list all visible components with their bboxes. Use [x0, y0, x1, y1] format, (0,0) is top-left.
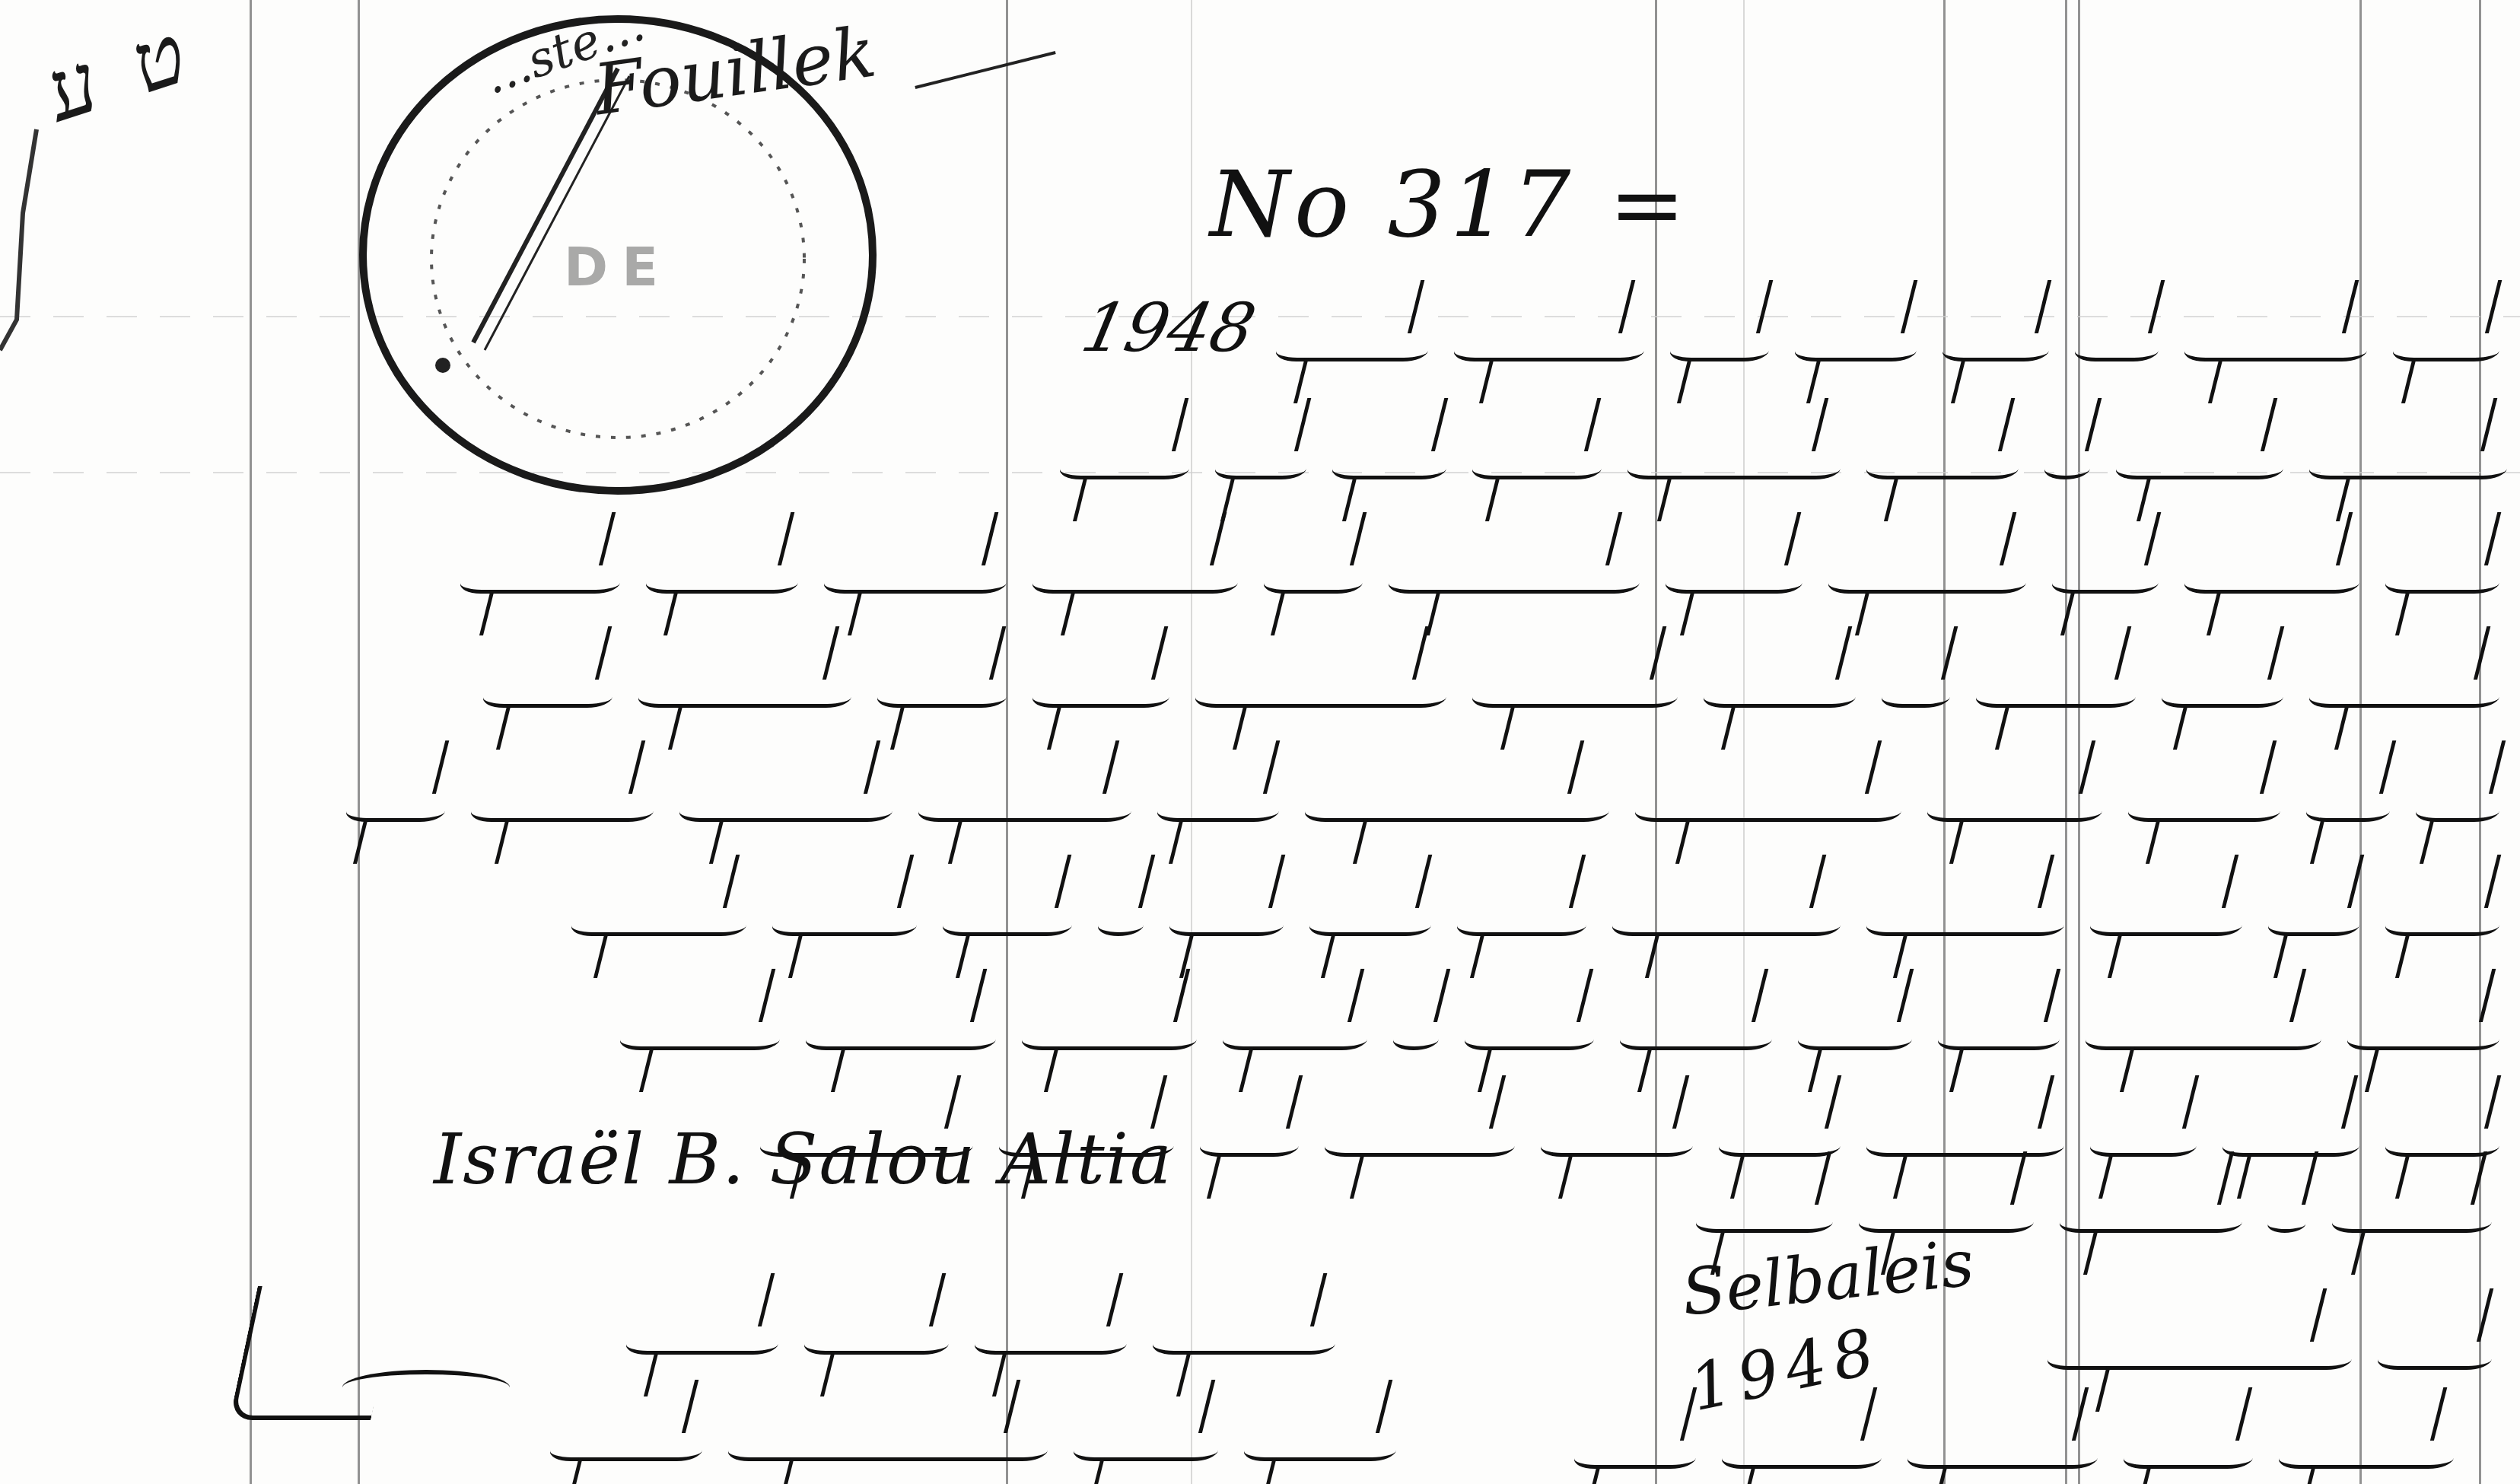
handwritten-word [1274, 310, 1439, 361]
handwritten-word [1262, 543, 1373, 594]
handwritten-word [822, 543, 1017, 594]
handwritten-word [770, 885, 928, 936]
handwritten-word [644, 543, 809, 594]
handwritten-word [2182, 543, 2370, 594]
handwritten-word [2182, 310, 2378, 361]
document-number-suffix: = [1609, 152, 1691, 258]
handwritten-word [1150, 1304, 1346, 1355]
handwritten-word [2413, 771, 2510, 822]
handwritten-word [726, 1410, 1058, 1461]
handwritten-word [1864, 885, 2075, 936]
handwritten-word [2083, 999, 2332, 1050]
handwritten-word [458, 543, 631, 594]
handwritten-word [1905, 1418, 2108, 1469]
handwritten-word [2383, 543, 2510, 594]
handwritten-word [1663, 543, 1813, 594]
handwritten-word [1198, 1106, 1309, 1157]
handwritten-word [1974, 657, 2146, 708]
handwritten-word [1193, 657, 1457, 708]
handwritten-line-1: Solitreo handwritten line 1 (ends with y… [867, 270, 2503, 361]
handwritten-word [1220, 999, 1378, 1050]
handwritten-word [1826, 543, 2037, 594]
latin-signature: Israël B. Salou Altia [434, 1119, 1173, 1200]
handwritten-word [2266, 1182, 2317, 1233]
document-number-value: 317 [1387, 152, 1575, 258]
stamp-center-text: DE [352, 236, 884, 298]
handwritten-word [2114, 428, 2294, 479]
handwritten-word [618, 999, 791, 1050]
handwritten-word [1213, 428, 1317, 479]
handwritten-word [2266, 885, 2370, 936]
handwritten-line-6: Solitreo handwritten line 6 [30, 845, 2503, 936]
handwritten-word [1572, 1418, 1707, 1469]
signature-flourish-icon [342, 1370, 510, 1405]
handwritten-word [875, 657, 1017, 708]
handwritten-line-5: Solitreo handwritten line 5 [68, 731, 2503, 822]
handwritten-word [2045, 1319, 2362, 1370]
handwritten-word [1386, 543, 1650, 594]
document-number-prefix: No [1210, 152, 1354, 258]
handwritten-word [2042, 428, 2101, 479]
handwritten-word [803, 999, 1007, 1050]
handwritten-right-lower-2: Solitreo handwritten line (right, lower … [1484, 1377, 2458, 1469]
handwritten-word [2330, 1182, 2502, 1233]
handwritten-word [1925, 771, 2113, 822]
handwritten-word [1155, 771, 1290, 822]
handwritten-word [1096, 885, 1154, 936]
handwritten-word [1694, 1182, 1844, 1233]
handwritten-word [2345, 999, 2510, 1050]
handwritten-word [1030, 657, 1180, 708]
handwritten-word [940, 885, 1083, 936]
handwritten-word [1307, 885, 1442, 936]
handwritten-year: 1948 [1077, 295, 1262, 361]
handwritten-line-3: Solitreo handwritten line 3 [68, 502, 2503, 594]
handwritten-word [548, 1410, 713, 1461]
handwritten-word [1720, 1418, 1892, 1469]
handwritten-word [2088, 885, 2253, 936]
corner-mark: ט ע [34, 2, 205, 142]
handwritten-word [2307, 428, 2518, 479]
handwritten-word [1322, 1106, 1526, 1157]
handwritten-word [802, 1304, 959, 1355]
handwritten-word [636, 657, 862, 708]
handwritten-word [1303, 771, 1620, 822]
handwritten-word [2057, 1182, 2253, 1233]
handwritten-word [1879, 657, 1961, 708]
handwritten-word [344, 771, 456, 822]
handwritten-signature-line-right: Solitreo handwritten signature line (rig… [1583, 1142, 2496, 1233]
handwritten-word [1857, 1182, 2044, 1233]
handwritten-word [1936, 999, 2070, 1050]
handwritten-word [1071, 1410, 1229, 1461]
handwritten-word [677, 771, 903, 822]
handwritten-line-2: Solitreo handwritten line 2 [799, 388, 2511, 479]
handwritten-word [1330, 428, 1457, 479]
handwritten-word [1618, 999, 1783, 1050]
handwritten-word [2375, 1319, 2502, 1370]
handwritten-word [1242, 1410, 1407, 1461]
handwritten-word [1030, 543, 1249, 594]
handwritten-word [1470, 657, 1688, 708]
scanned-document-page: ט ע ...ste... DE Fouillek No 317 = Solit… [0, 0, 2520, 1484]
handwritten-word [1462, 999, 1605, 1050]
handwritten-word [2159, 657, 2294, 708]
handwritten-word [1940, 310, 2060, 361]
handwritten-word [624, 1304, 789, 1355]
handwritten-line-4: Solitreo handwritten line 4 [23, 616, 2503, 708]
handwritten-word [1701, 657, 1866, 708]
handwritten-word [2277, 1418, 2464, 1469]
handwritten-word [469, 771, 664, 822]
handwritten-word [2391, 310, 2510, 361]
handwritten-left-lower-1: Solitreo handwritten line (left, lower 1… [426, 1263, 1339, 1355]
handwritten-word [1625, 428, 1851, 479]
handwritten-word [569, 885, 757, 936]
handwritten-line-7: Solitreo handwritten line 7 [30, 959, 2503, 1050]
handwritten-word [1793, 310, 1927, 361]
handwritten-word [2121, 1418, 2264, 1469]
torn-edge-mark [0, 122, 46, 365]
handwritten-word [972, 1304, 1137, 1355]
handwritten-word [1864, 428, 2029, 479]
handwritten-word [1470, 428, 1612, 479]
document-number: No 317 = [1210, 152, 1690, 258]
handwritten-word [1020, 999, 1207, 1050]
handwritten-word [2073, 310, 2169, 361]
handwritten-word [2307, 657, 2510, 708]
handwritten-word [1167, 885, 1294, 936]
handwritten-word [2126, 771, 2291, 822]
handwritten-word [1391, 999, 1449, 1050]
handwritten-word [1610, 885, 1851, 936]
handwritten-word [1058, 428, 1200, 479]
handwritten-word [1633, 771, 1912, 822]
handwritten-word [1455, 885, 1597, 936]
handwritten-word [2050, 543, 2169, 594]
handwritten-word [1668, 310, 1780, 361]
handwritten-word [1452, 310, 1655, 361]
handwritten-right-lower-1: Solitreo handwritten line (right, lower … [1917, 1279, 2496, 1370]
handwritten-word [2304, 771, 2401, 822]
handwritten-word [481, 657, 623, 708]
handwritten-word [1796, 999, 1923, 1050]
handwritten-word [2383, 885, 2510, 936]
handwritten-word [916, 771, 1142, 822]
signature-underline [915, 51, 1055, 89]
